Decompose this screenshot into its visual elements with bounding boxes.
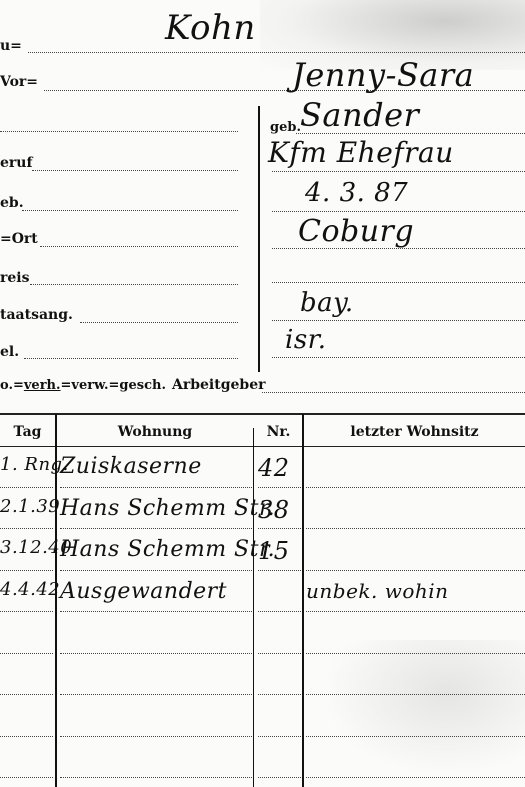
cell-tag: 2.1.39 xyxy=(0,496,60,517)
cell-nr: 38 xyxy=(258,496,290,524)
citizenship-value: bay. xyxy=(300,288,354,318)
birth-date-line xyxy=(272,211,525,212)
employer-line xyxy=(262,392,525,393)
religion-value-line xyxy=(272,357,525,358)
header-nr: Nr. xyxy=(255,424,302,440)
row-line xyxy=(306,528,525,529)
row-line xyxy=(306,777,525,778)
row-line xyxy=(306,736,525,737)
birth-date-value: 4. 3. 87 xyxy=(305,178,408,208)
first-name-value: Jenny-Sara xyxy=(292,56,474,94)
employer-label: Arbeitgeber xyxy=(172,377,266,393)
row-line xyxy=(60,487,252,488)
row-line xyxy=(306,694,525,695)
row-line xyxy=(60,653,252,654)
row-line xyxy=(258,487,301,488)
cell-wohnung: Zuiskaserne xyxy=(60,454,202,479)
marital-status: o.=verh.=verw.=gesch. xyxy=(0,378,166,393)
row-line xyxy=(0,653,53,654)
born-line xyxy=(22,210,238,211)
row-line xyxy=(258,528,301,529)
marital-status-selected: verh. xyxy=(24,378,61,393)
cell-wohnung: Hans Schemm Str. xyxy=(60,496,275,521)
table-col-divider xyxy=(302,414,304,787)
cell-tag: 4.4.42 xyxy=(0,579,60,600)
citizenship-value-line xyxy=(272,320,525,321)
header-tag: Tag xyxy=(0,424,55,440)
row-line xyxy=(0,736,53,737)
marital-status-rest: =verw.=gesch. xyxy=(61,378,166,393)
row-line xyxy=(60,570,252,571)
citizenship-line xyxy=(80,322,238,323)
row-line xyxy=(0,528,53,529)
row-line xyxy=(258,777,301,778)
occupation-label: eruf xyxy=(0,155,32,171)
first-name-label: Vor= xyxy=(0,74,38,90)
field-line xyxy=(0,131,238,132)
row-line xyxy=(258,611,301,612)
column-divider xyxy=(258,106,260,372)
born-label: eb. xyxy=(0,195,24,211)
birth-place-value: Coburg xyxy=(298,214,414,249)
citizenship-label: taatsang. xyxy=(0,307,73,323)
cell-wohnung: Ausgewandert xyxy=(60,579,227,604)
cell-letzter: unbek. wohin xyxy=(306,579,449,603)
occupation-value-line xyxy=(272,171,525,172)
paper-stain xyxy=(330,640,525,770)
district-label: reis xyxy=(0,270,29,286)
row-line xyxy=(258,570,301,571)
cell-tag: 1. Rng. xyxy=(0,454,69,475)
surname-value: Kohn xyxy=(165,8,256,48)
district-line xyxy=(30,284,238,285)
row-line xyxy=(60,611,252,612)
surname-line xyxy=(28,52,525,53)
occupation-value: Kfm Ehefrau xyxy=(268,136,454,169)
row-line xyxy=(0,570,53,571)
place-label: =Ort xyxy=(0,231,38,247)
religion-line xyxy=(24,358,238,359)
row-line xyxy=(258,736,301,737)
table-header-border xyxy=(0,446,525,447)
row-line xyxy=(0,487,53,488)
religion-value: isr. xyxy=(285,325,327,355)
row-line xyxy=(258,694,301,695)
place-line xyxy=(40,246,238,247)
row-line xyxy=(0,777,53,778)
row-line xyxy=(0,611,53,612)
surname-label: u= xyxy=(0,38,22,54)
religion-label: el. xyxy=(0,344,19,360)
row-line xyxy=(60,736,252,737)
maiden-name-value: Sander xyxy=(300,96,419,134)
row-line xyxy=(306,570,525,571)
district-value-line xyxy=(272,282,525,283)
row-line xyxy=(306,487,525,488)
row-line xyxy=(258,653,301,654)
table-col-divider xyxy=(253,428,254,787)
occupation-line xyxy=(32,170,238,171)
row-line xyxy=(306,653,525,654)
cell-nr: 15 xyxy=(258,537,290,565)
cell-wohnung: Hans Schemm Str. xyxy=(60,537,275,562)
row-line xyxy=(60,528,252,529)
row-line xyxy=(60,694,252,695)
table-top-border xyxy=(0,413,525,415)
header-wohnung: Wohnung xyxy=(57,424,253,440)
row-line xyxy=(60,777,252,778)
row-line xyxy=(0,694,53,695)
header-letzter-wohnsitz: letzter Wohnsitz xyxy=(304,424,525,440)
cell-nr: 42 xyxy=(258,454,290,482)
marital-status-prefix: o.= xyxy=(0,378,24,393)
row-line xyxy=(306,611,525,612)
